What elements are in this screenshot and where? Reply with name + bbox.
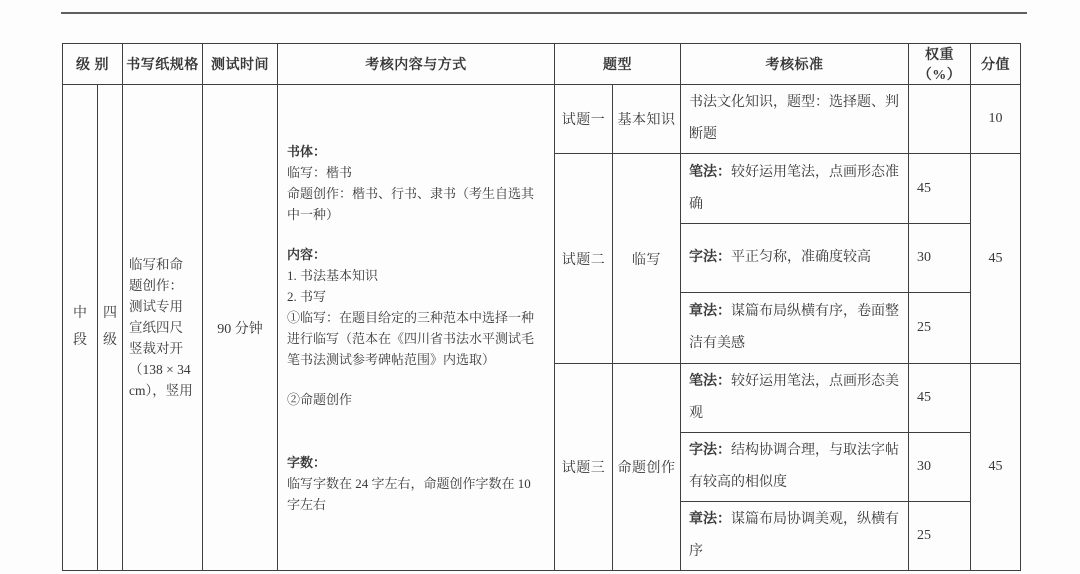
weight-value: 30: [909, 459, 970, 475]
criteria-label: 章法：: [689, 512, 731, 527]
weight-cell-q1: [909, 85, 971, 154]
col-header-criteria: 考核标准: [681, 44, 909, 85]
criteria-cell-q3-bifa: 笔法：较好运用笔法，点画形态美观: [681, 364, 909, 433]
weight-cell-q3-zifa: 30: [909, 433, 971, 502]
page-canvas: 级 别 书写纸规格 测试时间 考核内容与方式 题型 考核标准 权重（%） 分值 …: [0, 0, 1080, 574]
criteria-label: 笔法：: [689, 374, 731, 389]
weight-cell-q3-zhangfa: 25: [909, 502, 971, 571]
weight-cell-q2-bifa: 45: [909, 154, 971, 224]
question-type-q3: 命题创作: [613, 364, 681, 571]
criteria-text: 书法文化知识，题型：选择题、判断题: [689, 95, 899, 142]
weight-cell-q2-zhangfa: 25: [909, 293, 971, 364]
col-header-level-category: 级 别: [63, 44, 123, 85]
question-type-q2: 临写: [613, 154, 681, 364]
criteria-label: 笔法：: [689, 165, 731, 180]
level-text: 中段: [72, 301, 87, 354]
weight-cell-q3-bifa: 45: [909, 364, 971, 433]
test-time-cell: 90 分钟: [203, 85, 278, 571]
weight-value: 30: [909, 250, 970, 266]
content-style-line: 命题创作：楷书、行书、隶书（考生自选其中一种）: [287, 183, 545, 225]
content-method-cell: 书体： 临写：楷书 命题创作：楷书、行书、隶书（考生自选其中一种） 内容： 1.…: [278, 85, 555, 571]
criteria-label: 字法：: [689, 443, 731, 458]
score-cell-q2: 45: [971, 154, 1021, 364]
weight-value: 45: [909, 390, 970, 406]
content-wordcount-title: 字数：: [287, 452, 545, 473]
content-content-line: ①临写：在题目给定的三种范本中选择一种进行临写（范本在《四川省书法水平测试毛笔书…: [287, 307, 545, 370]
score-cell-q1: 10: [971, 85, 1021, 154]
col-header-content-method: 考核内容与方式: [278, 44, 555, 85]
weight-value: 25: [909, 320, 970, 336]
criteria-cell-q3-zhangfa: 章法：谋篇布局协调美观，纵横有序: [681, 502, 909, 571]
question-type-q1: 基本知识: [613, 85, 681, 154]
col-header-score: 分值: [971, 44, 1021, 85]
content-wordcount-line: 临写字数在 24 字左右，命题创作字数在 10 字左右: [287, 473, 545, 515]
content-content-line: 1. 书法基本知识: [287, 265, 545, 286]
weight-value: 25: [909, 528, 970, 544]
criteria-cell-q2-zifa: 字法：平正匀称，准确度较高: [681, 224, 909, 293]
question-id-q2: 试题二: [555, 154, 613, 364]
col-header-weight: 权重（%）: [909, 44, 971, 85]
content-style-line: 临写：楷书: [287, 162, 545, 183]
criteria-label: 字法：: [689, 250, 731, 265]
criteria-cell-q2-bifa: 笔法：较好运用笔法，点画形态准确: [681, 154, 909, 224]
category-cell: 四级: [98, 85, 123, 571]
level-cell: 中段: [63, 85, 98, 571]
criteria-cell-q3-zifa: 字法：结构协调合理，与取法字帖有较高的相似度: [681, 433, 909, 502]
question-id-q3: 试题三: [555, 364, 613, 571]
criteria-label: 章法：: [689, 304, 731, 319]
criteria-cell-q2-zhangfa: 章法：谋篇布局纵横有序，卷面整洁有美感: [681, 293, 909, 364]
content-method-text: 书体： 临写：楷书 命题创作：楷书、行书、隶书（考生自选其中一种） 内容： 1.…: [278, 141, 554, 515]
criteria-cell-q1: 书法文化知识，题型：选择题、判断题: [681, 85, 909, 154]
content-content-title: 内容：: [287, 244, 545, 265]
header-row: 级 别 书写纸规格 测试时间 考核内容与方式 题型 考核标准 权重（%） 分值: [63, 44, 1021, 85]
content-content-line: ②命题创作: [287, 389, 545, 410]
content-style-title: 书体：: [287, 141, 545, 162]
page-top-rule: [61, 12, 1027, 14]
weight-value: 45: [909, 181, 970, 197]
category-text: 四级: [102, 301, 117, 354]
score-cell-q3: 45: [971, 364, 1021, 571]
paper-spec-cell: 临写和命题创作：测试专用宣纸四尺竖裁对开（138 × 34cm），竖用: [123, 85, 203, 571]
assessment-table: 级 别 书写纸规格 测试时间 考核内容与方式 题型 考核标准 权重（%） 分值 …: [62, 43, 1021, 571]
col-header-paper-spec: 书写纸规格: [123, 44, 203, 85]
col-header-test-time: 测试时间: [203, 44, 278, 85]
weight-cell-q2-zifa: 30: [909, 224, 971, 293]
paper-spec-text: 临写和命题创作：测试专用宣纸四尺竖裁对开（138 × 34cm），竖用: [123, 254, 202, 401]
table-row-q1: 中段 四级 临写和命题创作：测试专用宣纸四尺竖裁对开（138 × 34cm），竖…: [63, 85, 1021, 154]
criteria-text: 平正匀称，准确度较高: [731, 250, 871, 265]
question-id-q1: 试题一: [555, 85, 613, 154]
content-content-line: 2. 书写: [287, 286, 545, 307]
col-header-question-type: 题型: [555, 44, 681, 85]
